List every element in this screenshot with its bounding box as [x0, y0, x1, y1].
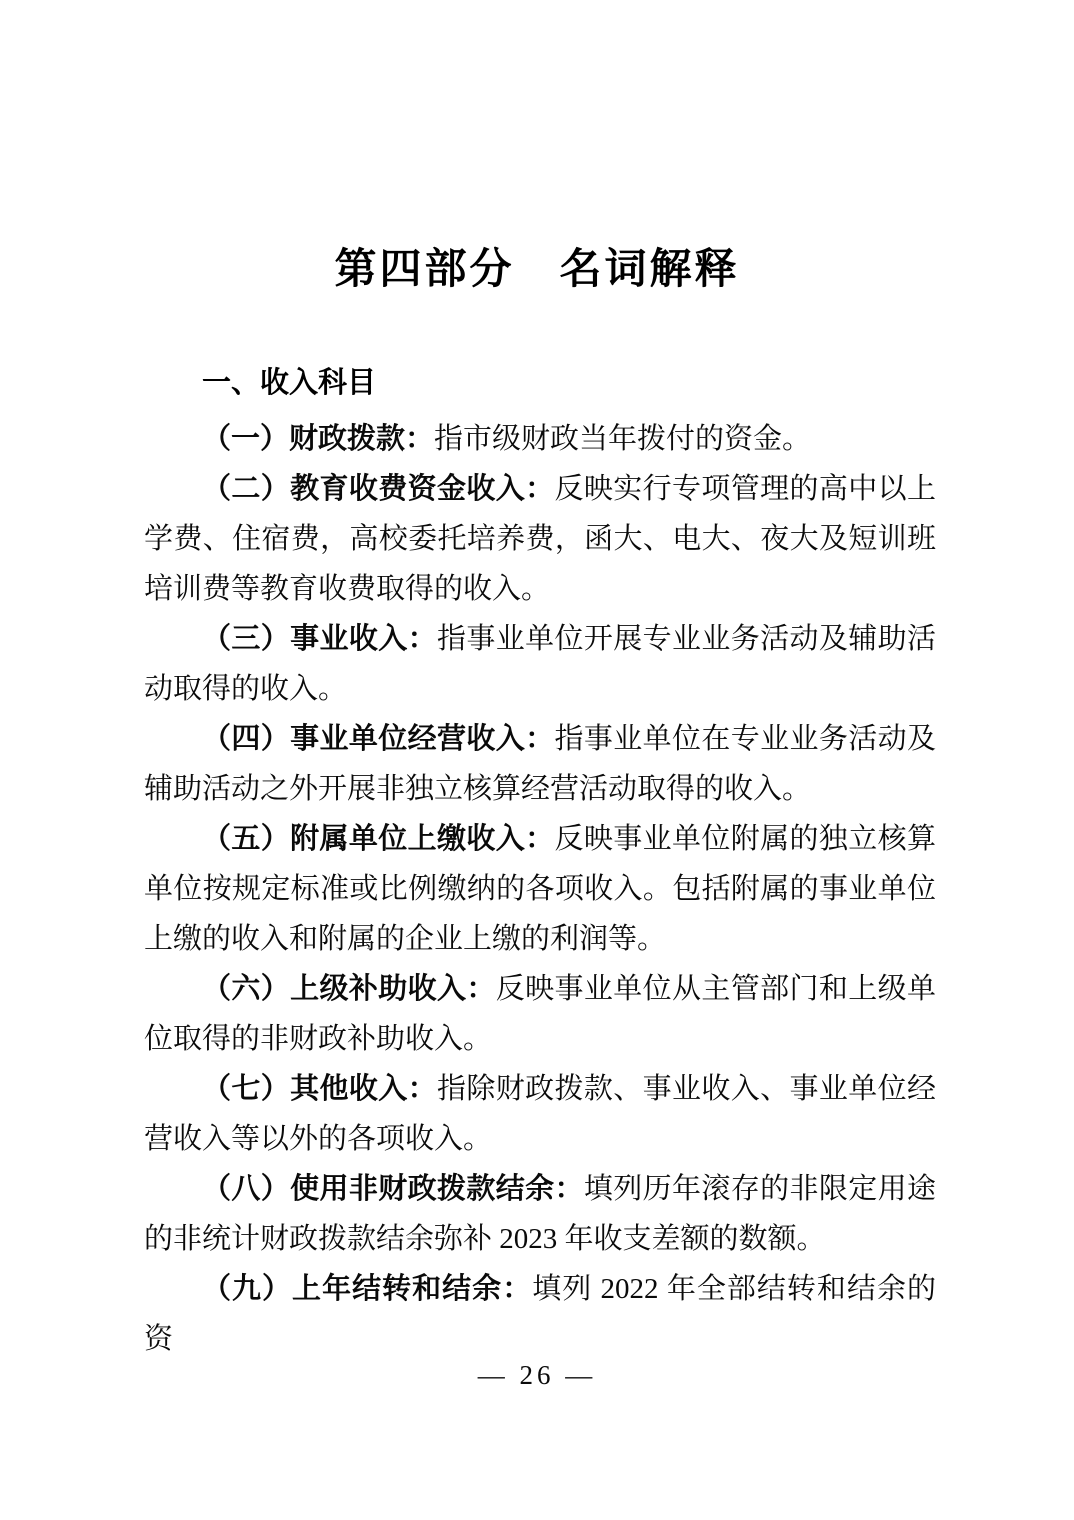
page-footer: — 26 —	[0, 1358, 1074, 1392]
page-title: 第四部分 名词解释	[0, 0, 1074, 294]
definition-paragraph: （三）事业收入：指事业单位开展专业业务活动及辅助活动取得的收入。	[144, 614, 936, 714]
term-definition: 指市级财政当年拨付的资金。	[434, 423, 811, 455]
definition-paragraph: （六）上级补助收入：反映事业单位从主管部门和上级单位取得的非财政补助收入。	[144, 964, 936, 1064]
term-label: （一）财政拨款：	[202, 423, 434, 455]
definition-paragraph: （二）教育收费资金收入：反映实行专项管理的高中以上学费、住宿费，高校委托培养费，…	[144, 464, 936, 614]
term-label: （三）事业收入：	[202, 623, 437, 655]
definition-paragraph: （一）财政拨款：指市级财政当年拨付的资金。	[144, 414, 936, 464]
term-label: （九）上年结转和结余：	[202, 1273, 532, 1305]
definition-paragraph: （四）事业单位经营收入：指事业单位在专业业务活动及辅助活动之外开展非独立核算经营…	[144, 714, 936, 814]
term-label: （八）使用非财政拨款结余：	[202, 1173, 584, 1205]
definition-paragraph: （九）上年结转和结余：填列 2022 年全部结转和结余的资	[144, 1264, 936, 1364]
term-label: （四）事业单位经营收入：	[202, 723, 555, 755]
definition-paragraph: （八）使用非财政拨款结余：填列历年滚存的非限定用途的非统计财政拨款结余弥补 20…	[144, 1164, 936, 1264]
section-heading-income-subjects: 一、收入科目	[144, 358, 936, 408]
page-number: — 26 —	[478, 1360, 597, 1390]
document-page: 第四部分 名词解释 一、收入科目 （一）财政拨款：指市级财政当年拨付的资金。 （…	[0, 0, 1074, 1520]
term-label: （七）其他收入：	[202, 1073, 437, 1105]
document-body: 一、收入科目 （一）财政拨款：指市级财政当年拨付的资金。 （二）教育收费资金收入…	[144, 358, 936, 1364]
definition-paragraph: （五）附属单位上缴收入：反映事业单位附属的独立核算单位按规定标准或比例缴纳的各项…	[144, 814, 936, 964]
term-label: （五）附属单位上缴收入：	[202, 823, 555, 855]
term-label: （二）教育收费资金收入：	[202, 473, 555, 505]
term-label: （六）上级补助收入：	[202, 973, 496, 1005]
definition-paragraph: （七）其他收入：指除财政拨款、事业收入、事业单位经营收入等以外的各项收入。	[144, 1064, 936, 1164]
